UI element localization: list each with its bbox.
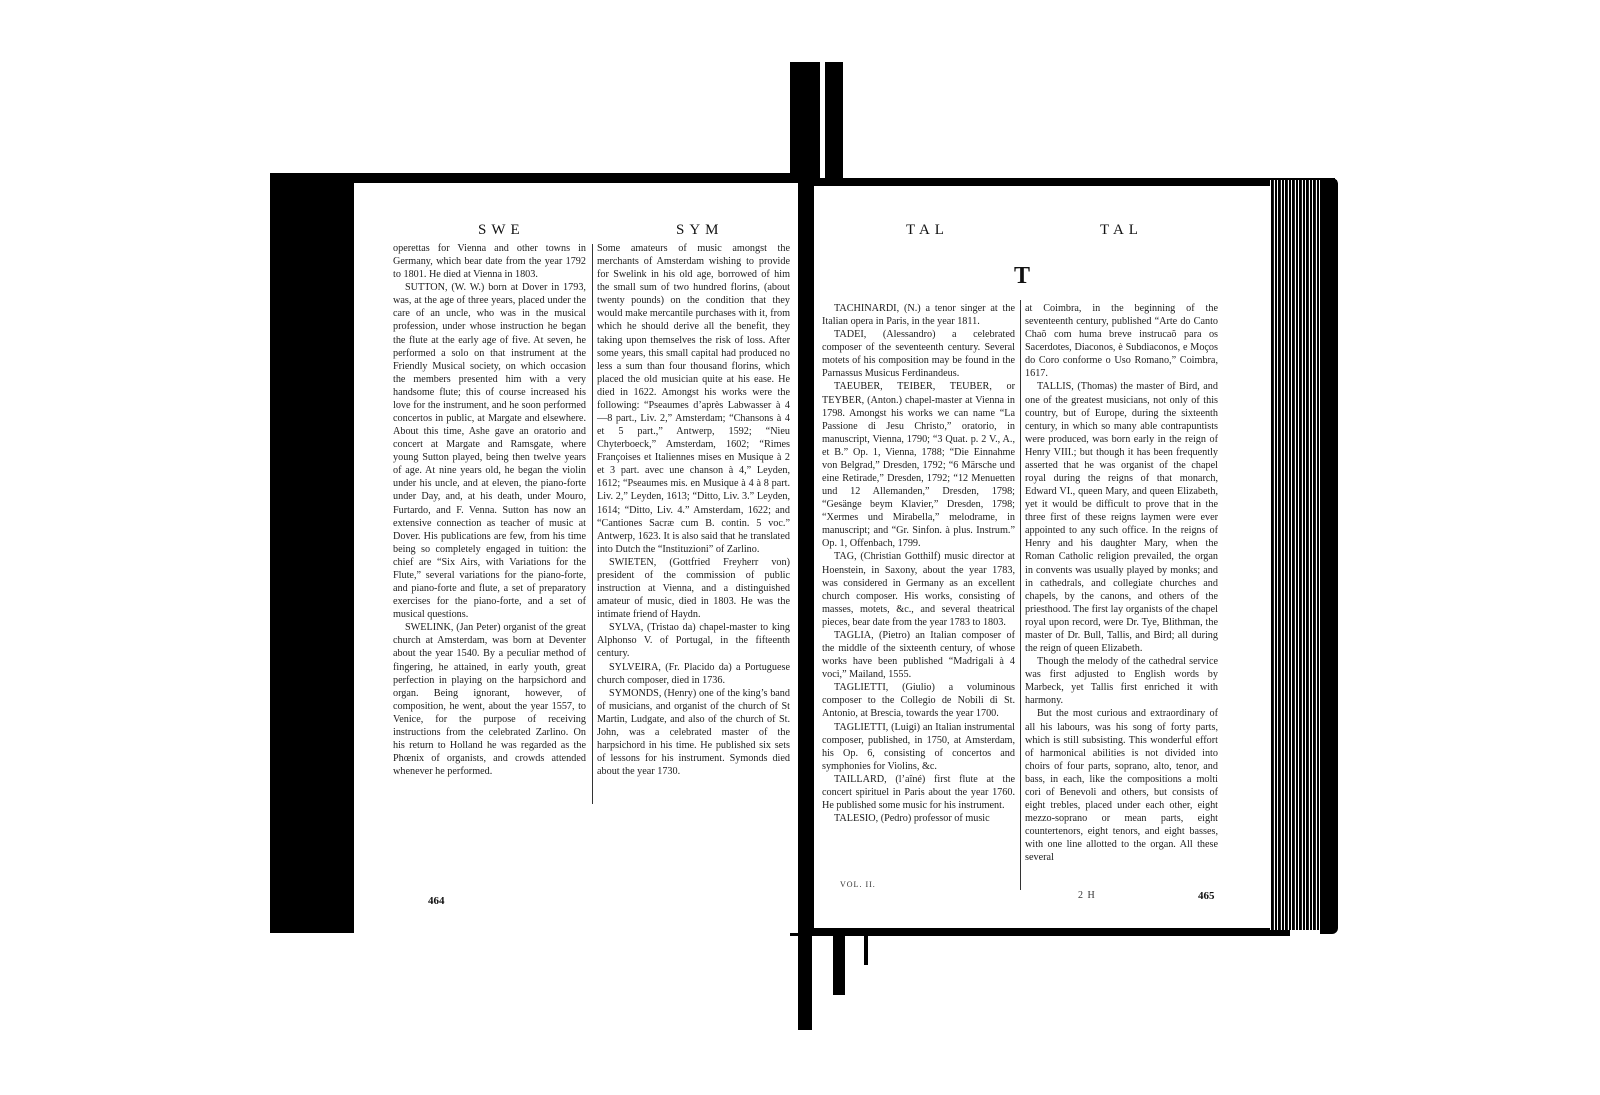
running-head-left-1: SWE (478, 222, 525, 239)
left-page-column-1: operettas for Vienna and other towns in … (393, 242, 586, 778)
text-paragraph: Though the melody of the cathedral servi… (1025, 655, 1218, 707)
section-letter: T (1014, 263, 1030, 290)
entry-sutton: SUTTON, (W. W.) born at Dover in 1793, w… (393, 281, 586, 621)
right-page-column-2: at Coimbra, in the beginning of the seve… (1025, 302, 1218, 864)
entry-body: professor of music (911, 813, 989, 824)
text-paragraph: at Coimbra, in the beginning of the seve… (1025, 302, 1218, 380)
left-cover-edge (270, 173, 360, 933)
entry-body: the master of Bird, and one of the great… (1025, 381, 1218, 654)
entry-head: TAG, (Christian Gotthilf) (834, 551, 940, 562)
entry-head: SUTTON, (W. W.) (405, 282, 484, 293)
text-paragraph: Some amateurs of music amongst the merch… (597, 242, 790, 556)
entry-body: organist of the great church at Amsterda… (393, 622, 586, 777)
entry-head: TACHINARDI, (N.) (834, 303, 921, 314)
signature-mark: 2 H (1078, 890, 1096, 901)
text-paragraph: operettas for Vienna and other towns in … (393, 242, 586, 281)
volume-mark: VOL. II. (840, 880, 876, 889)
entry-sylveira: SYLVEIRA, (Fr. Placido da) a Portuguese … (597, 661, 790, 687)
spine-shadow-bottom (798, 935, 812, 1030)
entry-taglietti-giulio: TAGLIETTI, (Giulio) a voluminous compose… (822, 681, 1015, 720)
left-page-column-2: Some amateurs of music amongst the merch… (597, 242, 790, 778)
running-head-right-2: TAL (1100, 222, 1143, 239)
right-top-edge (810, 178, 1335, 186)
column-rule-right (1020, 300, 1021, 890)
page-number-right: 465 (1198, 890, 1215, 902)
entry-symonds: SYMONDS, (Henry) one of the king’s band … (597, 687, 790, 779)
spine-shadow-bottom-3 (864, 935, 868, 965)
entry-swelink: SWELINK, (Jan Peter) organist of the gre… (393, 621, 586, 778)
entry-taglietti-luigi: TAGLIETTI, (Luigi) an Italian instrument… (822, 721, 1015, 773)
entry-head: SYLVEIRA, (Fr. Placido da) (609, 662, 732, 673)
entry-head: SWIETEN, (Gottfried Freyherr von) (609, 557, 790, 568)
entry-sylva: SYLVA, (Tristao da) chapel-master to kin… (597, 621, 790, 660)
entry-talesio: TALESIO, (Pedro) professor of music (822, 812, 1015, 825)
entry-body: born at Dover in 1793, was, at the age o… (393, 282, 586, 620)
right-page-column-1: TACHINARDI, (N.) a tenor singer at the I… (822, 302, 1015, 825)
entry-head: TAGLIETTI, (Luigi) (834, 722, 920, 733)
spine-shadow-top (790, 62, 820, 192)
entry-head: TAGLIA, (Pietro) (834, 630, 910, 641)
entry-taglia: TAGLIA, (Pietro) an Italian composer of … (822, 629, 1015, 681)
running-head-left-2: SYM (676, 222, 724, 239)
entry-head: SYMONDS, (Henry) (609, 688, 696, 699)
entry-taeuber: TAEUBER, TEIBER, TEUBER, or TEYBER, (Ant… (822, 380, 1015, 550)
entry-swieten: SWIETEN, (Gottfried Freyherr von) presid… (597, 556, 790, 621)
entry-taillard: TAILLARD, (l’aîné) first flute at the co… (822, 773, 1015, 812)
right-cover-edge (1320, 178, 1338, 934)
entry-body: chapel-master at Vienna in 1798. Amongst… (822, 395, 1015, 550)
entry-head: TALLIS, (Thomas) (1037, 381, 1117, 392)
text-paragraph: But the most curious and extraordinary o… (1025, 707, 1218, 864)
column-rule-left (592, 244, 593, 804)
entry-tag: TAG, (Christian Gotthilf) music director… (822, 550, 1015, 628)
page-number-left: 464 (428, 895, 445, 907)
entry-body: president of the commission of public in… (597, 570, 790, 620)
entry-tallis: TALLIS, (Thomas) the master of Bird, and… (1025, 380, 1218, 655)
entry-tachinardi: TACHINARDI, (N.) a tenor singer at the I… (822, 302, 1015, 328)
entry-tadei: TADEI, (Alessandro) a celebrated compose… (822, 328, 1015, 380)
entry-head: TADEI, (Alessandro) (834, 329, 935, 340)
entry-head: SYLVA, (Tristao da) (609, 622, 696, 633)
left-top-edge (270, 173, 810, 183)
entry-body: one of the king’s band of musicians, and… (597, 688, 790, 777)
entry-body: music director at Hoenstein, in Saxony, … (822, 551, 1015, 627)
running-head-right-1: TAL (906, 222, 949, 239)
entry-head: TALESIO, (Pedro) (834, 813, 911, 824)
entry-head: TAILLARD, (l’aîné) (834, 774, 925, 785)
entry-head: SWELINK, (Jan Peter) (405, 622, 500, 633)
spine-shadow-bottom-2 (833, 935, 845, 995)
entry-head: TAGLIETTI, (Giulio) (834, 682, 935, 693)
